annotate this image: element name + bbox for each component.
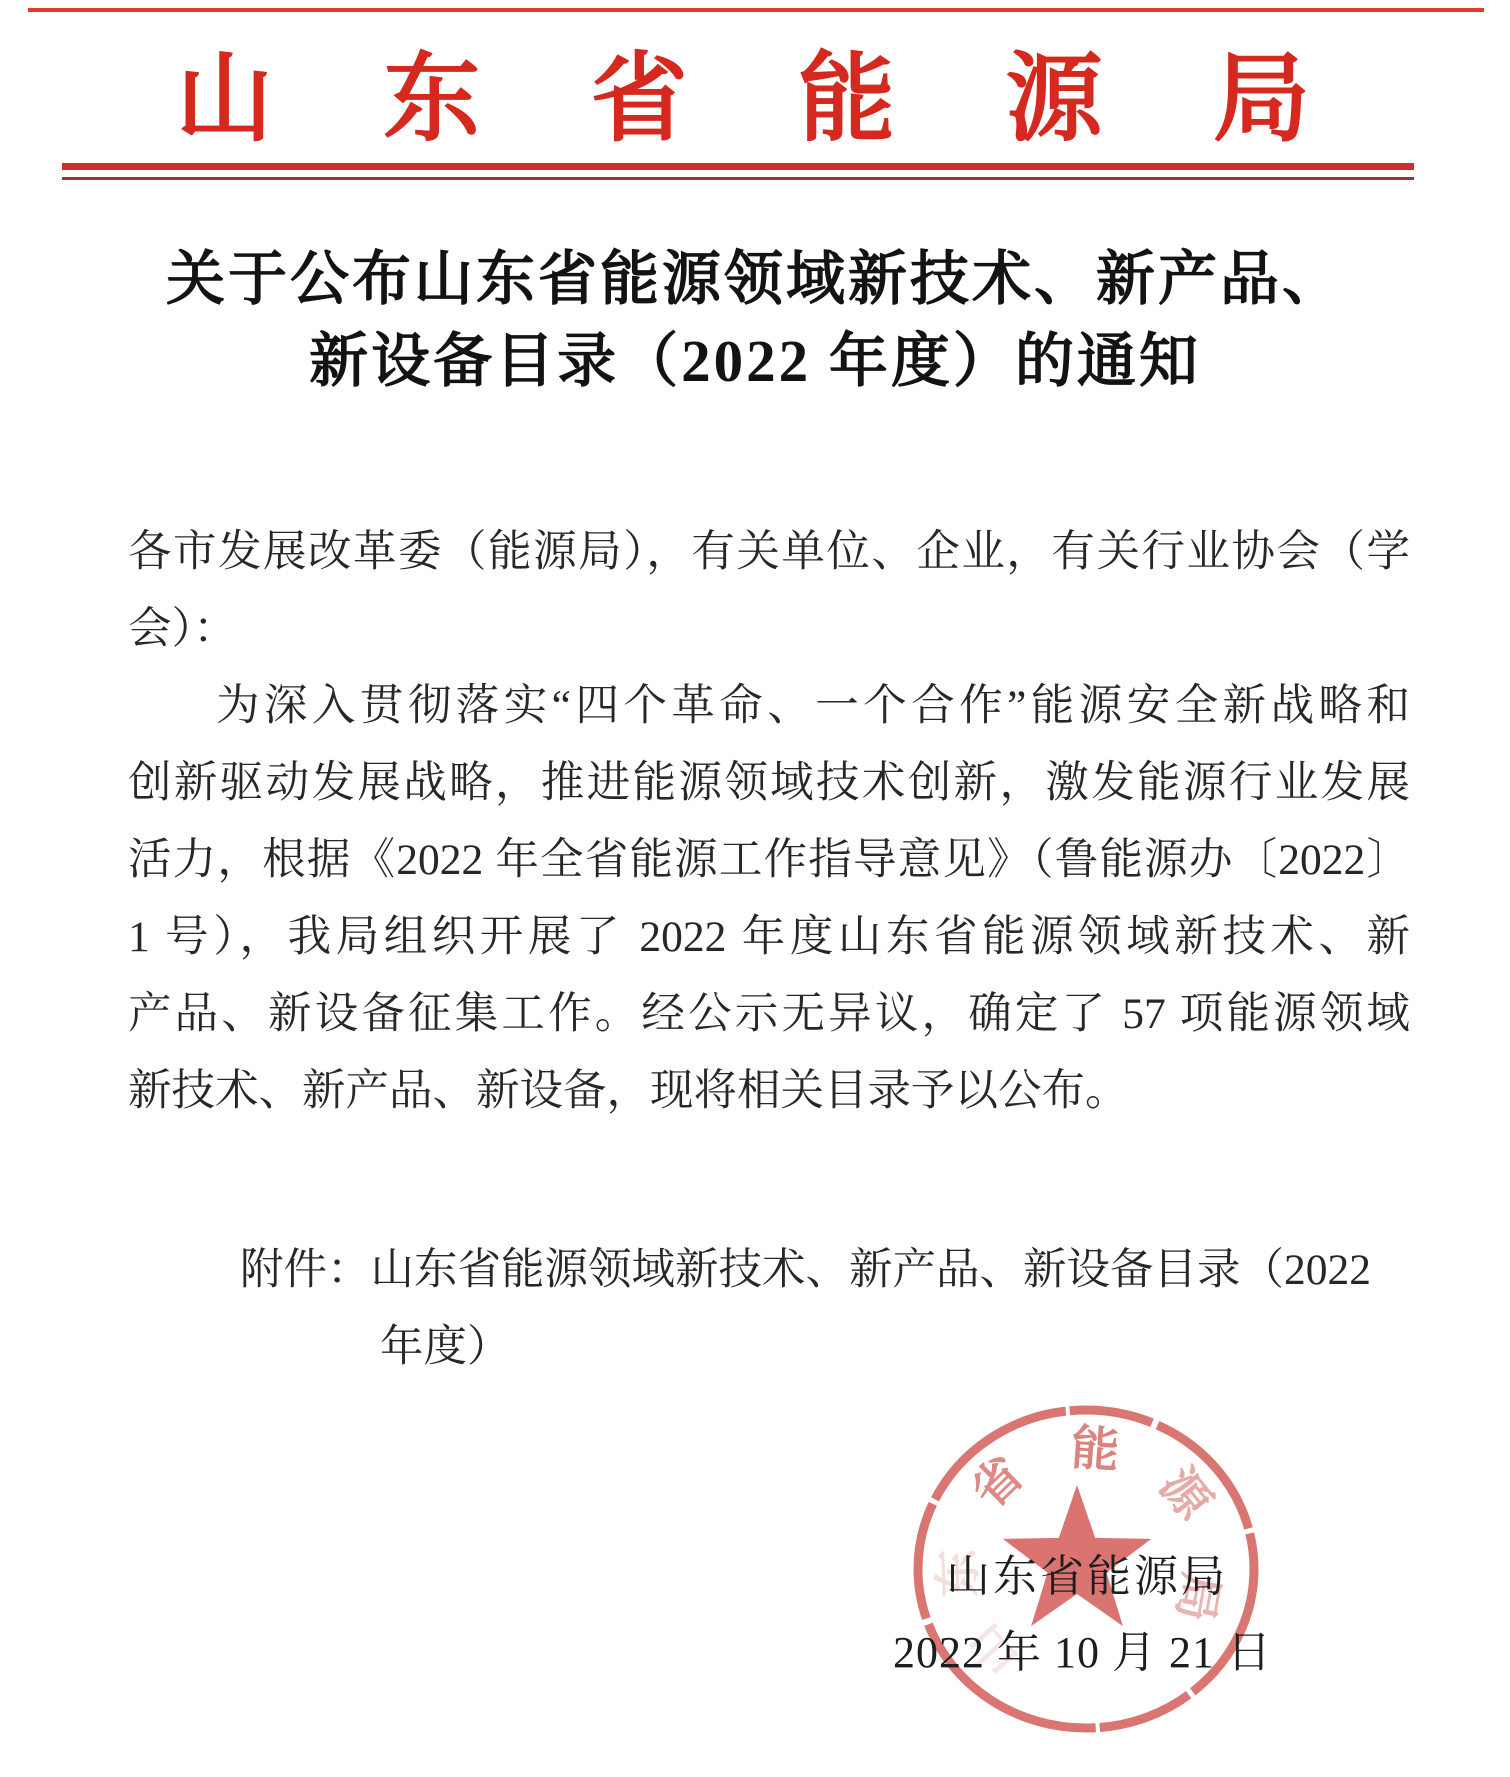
document-page: 山 东 省 能 源 局 关于公布山东省能源领域新技术、新产品、 新设备目录（20… bbox=[0, 0, 1510, 1777]
agency-header-char: 省 bbox=[591, 44, 688, 156]
attachment-line: 附件：山东省能源领域新技术、新产品、新设备目录（2022 bbox=[128, 1232, 1410, 1309]
seal-arc-char: 源 bbox=[1149, 1459, 1221, 1530]
body-line: 活力，根据《2022 年全省能源工作指导意见》（鲁能源办〔2022〕 bbox=[128, 822, 1410, 899]
body-line: 新技术、新产品、新设备，现将相关目录予以公布。 bbox=[128, 1053, 1410, 1130]
top-border-line bbox=[28, 8, 1484, 12]
title-line-2: 新设备目录（2022 年度）的通知 bbox=[0, 320, 1510, 402]
agency-header-char: 源 bbox=[1006, 44, 1103, 156]
red-rule-thick bbox=[62, 163, 1414, 170]
document-title: 关于公布山东省能源领域新技术、新产品、 新设备目录（2022 年度）的通知 bbox=[0, 238, 1510, 402]
body-text: 各市发展改革委（能源局），有关单位、企业，有关行业协会（学 会）： 为深入贯彻落… bbox=[128, 514, 1410, 1130]
body-line: 创新驱动发展战略，推进能源领域技术创新，激发能源行业发展 bbox=[128, 745, 1410, 822]
agency-header-char: 山 bbox=[176, 44, 273, 156]
body-line: 各市发展改革委（能源局），有关单位、企业，有关行业协会（学 bbox=[128, 514, 1410, 591]
agency-header-char: 局 bbox=[1213, 44, 1310, 156]
agency-header-char: 能 bbox=[798, 44, 895, 156]
body-line: 1 号），我局组织开展了 2022 年度山东省能源领域新技术、新 bbox=[128, 899, 1410, 976]
seal-arc-char: 省 bbox=[962, 1447, 1033, 1518]
attachment-line: 年度） bbox=[128, 1309, 1410, 1386]
red-rule-thin bbox=[62, 177, 1414, 180]
seal-arc-char: 能 bbox=[1069, 1421, 1121, 1478]
body-line: 会）： bbox=[128, 591, 1410, 668]
body-line: 为深入贯彻落实“四个革命、一个合作”能源安全新战略和 bbox=[128, 668, 1410, 745]
attachment-block: 附件：山东省能源领域新技术、新产品、新设备目录（2022 年度） bbox=[128, 1232, 1410, 1386]
agency-header-char: 东 bbox=[383, 44, 480, 156]
signature-agency: 山东省能源局 bbox=[946, 1540, 1228, 1604]
signature-date: 2022 年 10 月 21 日 bbox=[893, 1616, 1272, 1680]
body-line: 产品、新设备征集工作。经公示无异议，确定了 57 项能源领域 bbox=[128, 976, 1410, 1053]
agency-header: 山 东 省 能 源 局 bbox=[176, 44, 1310, 156]
title-line-1: 关于公布山东省能源领域新技术、新产品、 bbox=[0, 238, 1510, 320]
